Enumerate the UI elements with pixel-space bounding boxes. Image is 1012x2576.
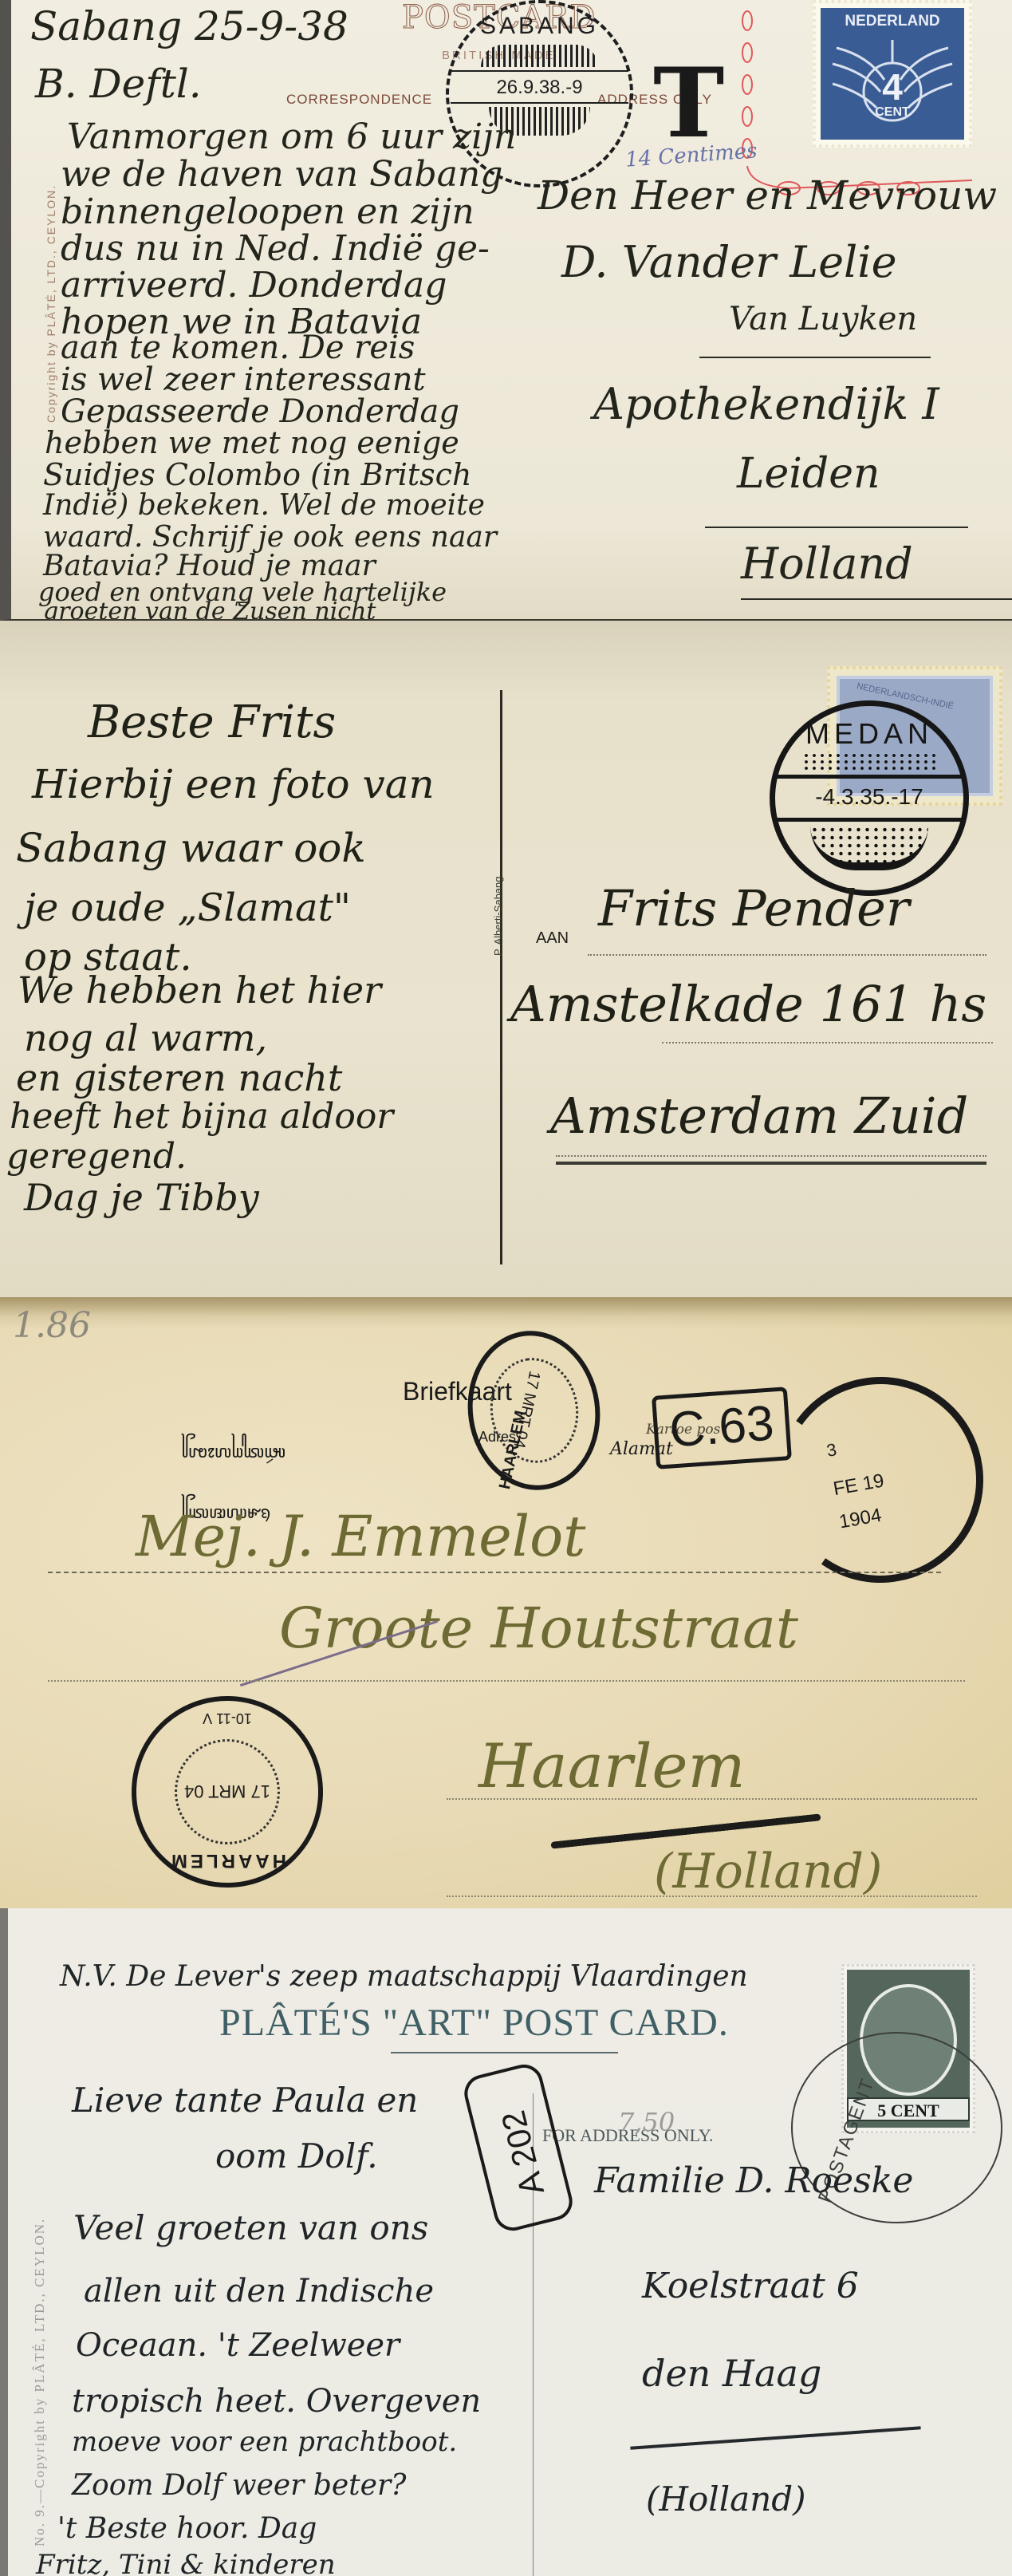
postmark-haarlem-bottom: 17 MRT 04 HAARLEM 10-11 V [132, 1696, 323, 1888]
postmark-haarlem-top: 17 MRT 04 HAARLEM [458, 1322, 610, 1498]
message-line: je oude „Slamat" [24, 889, 351, 927]
postmark-town: HAARLEM [136, 1849, 318, 1872]
message-line: Hierbij een foto van [32, 764, 435, 804]
address-line: Frits Pender [598, 884, 910, 933]
message-line: Dag je Tibby [24, 1179, 259, 1216]
postmark-date: 17 MRT 04 [136, 1781, 318, 1801]
postmark-month: FE 19 [832, 1469, 886, 1501]
correspondence-label: CORRESPONDENCE [286, 93, 432, 106]
address-line: Haarlem [478, 1736, 746, 1797]
message-line: Sabang waar ook [16, 828, 366, 868]
address-line: Van Luyken [729, 303, 917, 335]
address-line: Familie D. Roeske [594, 2164, 913, 2199]
postmark-town: MEDAN [775, 717, 963, 751]
to-label: AAN [536, 930, 569, 946]
javanese-text-1: ꦏꦂꦠꦸꦥꦺꦴꦱ꧀ [182, 1444, 286, 1462]
message-line: We hebben het hier [18, 972, 381, 1008]
postmark-year: 1904 [837, 1505, 883, 1534]
publisher-credit: Copyright by PLÂTÉ, LTD., CEYLON. [45, 184, 57, 423]
address-line: Apothekendijk I [593, 383, 939, 426]
plate-art-postcard: N.V. De Lever's zeep maatschappij Vlaard… [0, 1908, 1012, 2576]
address-line: Amstelkade 161 hs [510, 980, 986, 1029]
address-line: (Holland) [646, 2483, 806, 2516]
message-line: oom Dolf. [215, 2140, 378, 2173]
pencil-note: 1.86 [13, 1308, 91, 1343]
publisher-credit: P. Alberti-Sabang [492, 877, 504, 957]
message-line: nog al warm, [24, 1020, 267, 1056]
message-line: Sabang 25-9-38 [30, 6, 348, 46]
postmark-time: 10-11 V [136, 1710, 318, 1726]
postmark-date: 26.9.38.-9 [449, 77, 630, 99]
message-line: aan te komen. De reis [61, 332, 415, 364]
tax-mark-t: T [653, 56, 724, 152]
postmark-1904: 3 FE 19 1904 [762, 1361, 1000, 1600]
message-line: Beste Frits [88, 700, 336, 745]
message-line: 't Beste hoor. Dag [57, 2515, 317, 2543]
address-line: D. Vander Lelie [561, 241, 897, 284]
message-line: heeft het bijna aldoor [10, 1099, 393, 1134]
message-line: hebben we met nog eenige [45, 428, 459, 458]
pencil-note-centimes: 14 Centimes [624, 140, 758, 170]
message-line: Lieve tante Paula en [72, 2084, 418, 2117]
boxed-mark-text: C.63 [656, 1395, 788, 1460]
message-line: Gepasseerde Donderdag [61, 396, 459, 428]
address-line: den Haag [642, 2355, 821, 2392]
message-line: is wel zeer interessant [61, 364, 426, 396]
stamp-4-cent: NEDERLAND 4 CENT [813, 0, 972, 148]
publisher-credit: No. 9.—Copyright by PLÂTÉ, LTD., CEYLON. [32, 2218, 48, 2546]
message-line: dus nu in Ned. Indië ge- [61, 231, 490, 266]
postcard-sabang-amsterdam-1935: P. Alberti-Sabang NEDERLANDSCH-INDIË MED… [0, 621, 1012, 1297]
message-line: Veel groeten van ons [73, 2211, 428, 2245]
boxed-mark-text: A 202 [485, 2071, 561, 2235]
address-line: Koelstraat 6 [642, 2269, 859, 2304]
postmark-medan: MEDAN -4.3.35.-17 [770, 700, 969, 896]
stamp-country: NEDERLAND [821, 13, 964, 30]
message-line: en gisteren nacht [16, 1059, 342, 1096]
boxed-mark-a202: A 202 [460, 2061, 576, 2235]
address-line: Den Heer en Mevrouw [538, 176, 997, 215]
message-line: Fritz, Tini & kinderen [36, 2551, 336, 2576]
postmark-date: -4.3.35.-17 [775, 784, 963, 810]
message-line: allen uit den Indische [84, 2275, 434, 2307]
message-line: Oceaan. 't Zeelweer [76, 2329, 400, 2361]
address-line: Holland [741, 542, 913, 586]
boxed-mark-c63: C.63 [652, 1387, 792, 1469]
card-title: PLÂTÉ'S "ART" POST CARD. [219, 2004, 729, 2042]
message-line: moeve voor een prachtboot. [72, 2428, 457, 2456]
message-line: geregend. [6, 1139, 187, 1174]
message-line: Vanmorgen om 6 uur zijn [67, 120, 516, 155]
message-line: binnengeloopen en zijn [61, 195, 474, 230]
stamp-value: 4 [821, 65, 964, 108]
pencil-price: 7,50 [618, 2109, 675, 2135]
divider-line [500, 690, 502, 1264]
briefkaart-haarlem-1904: 1.86 Briefkaart Adres Kartoe pos Alamat … [0, 1297, 1012, 1908]
message-line: tropisch heet. Overgeven [72, 2385, 481, 2417]
message-line: groeten van de Zusen nicht [43, 600, 376, 621]
message-line: Zoom Dolf weer beter? [72, 2471, 406, 2500]
message-line: B. Deftl. [35, 64, 202, 104]
address-line: Amsterdam Zuid [550, 1091, 968, 1141]
message-line: waard. Schrijf je ook eens naar [43, 523, 497, 552]
company-header: N.V. De Lever's zeep maatschappij Vlaard… [60, 1963, 748, 1991]
message-line: we de haven van Sabang [61, 157, 502, 192]
message-line: arriveerd. Donderdag [61, 268, 447, 303]
postmark-town: SABANG [449, 13, 630, 40]
address-line: Mej. J. Emmelot [136, 1509, 585, 1564]
stamp-unit: CENT [821, 105, 964, 120]
address-line: Leiden [737, 453, 880, 495]
underline-stroke [630, 2426, 920, 2449]
postmark-day: 3 [825, 1439, 838, 1462]
address-line: (Holland) [654, 1848, 882, 1896]
postcard-sabang-1938: POSTCARD BRITISH MADE CORRESPONDENCE ADD… [0, 0, 1012, 621]
message-line: Indië) bekeken. Wel de moeite [43, 491, 485, 520]
message-line: Suidjes Colombo (in Britsch [43, 460, 471, 490]
